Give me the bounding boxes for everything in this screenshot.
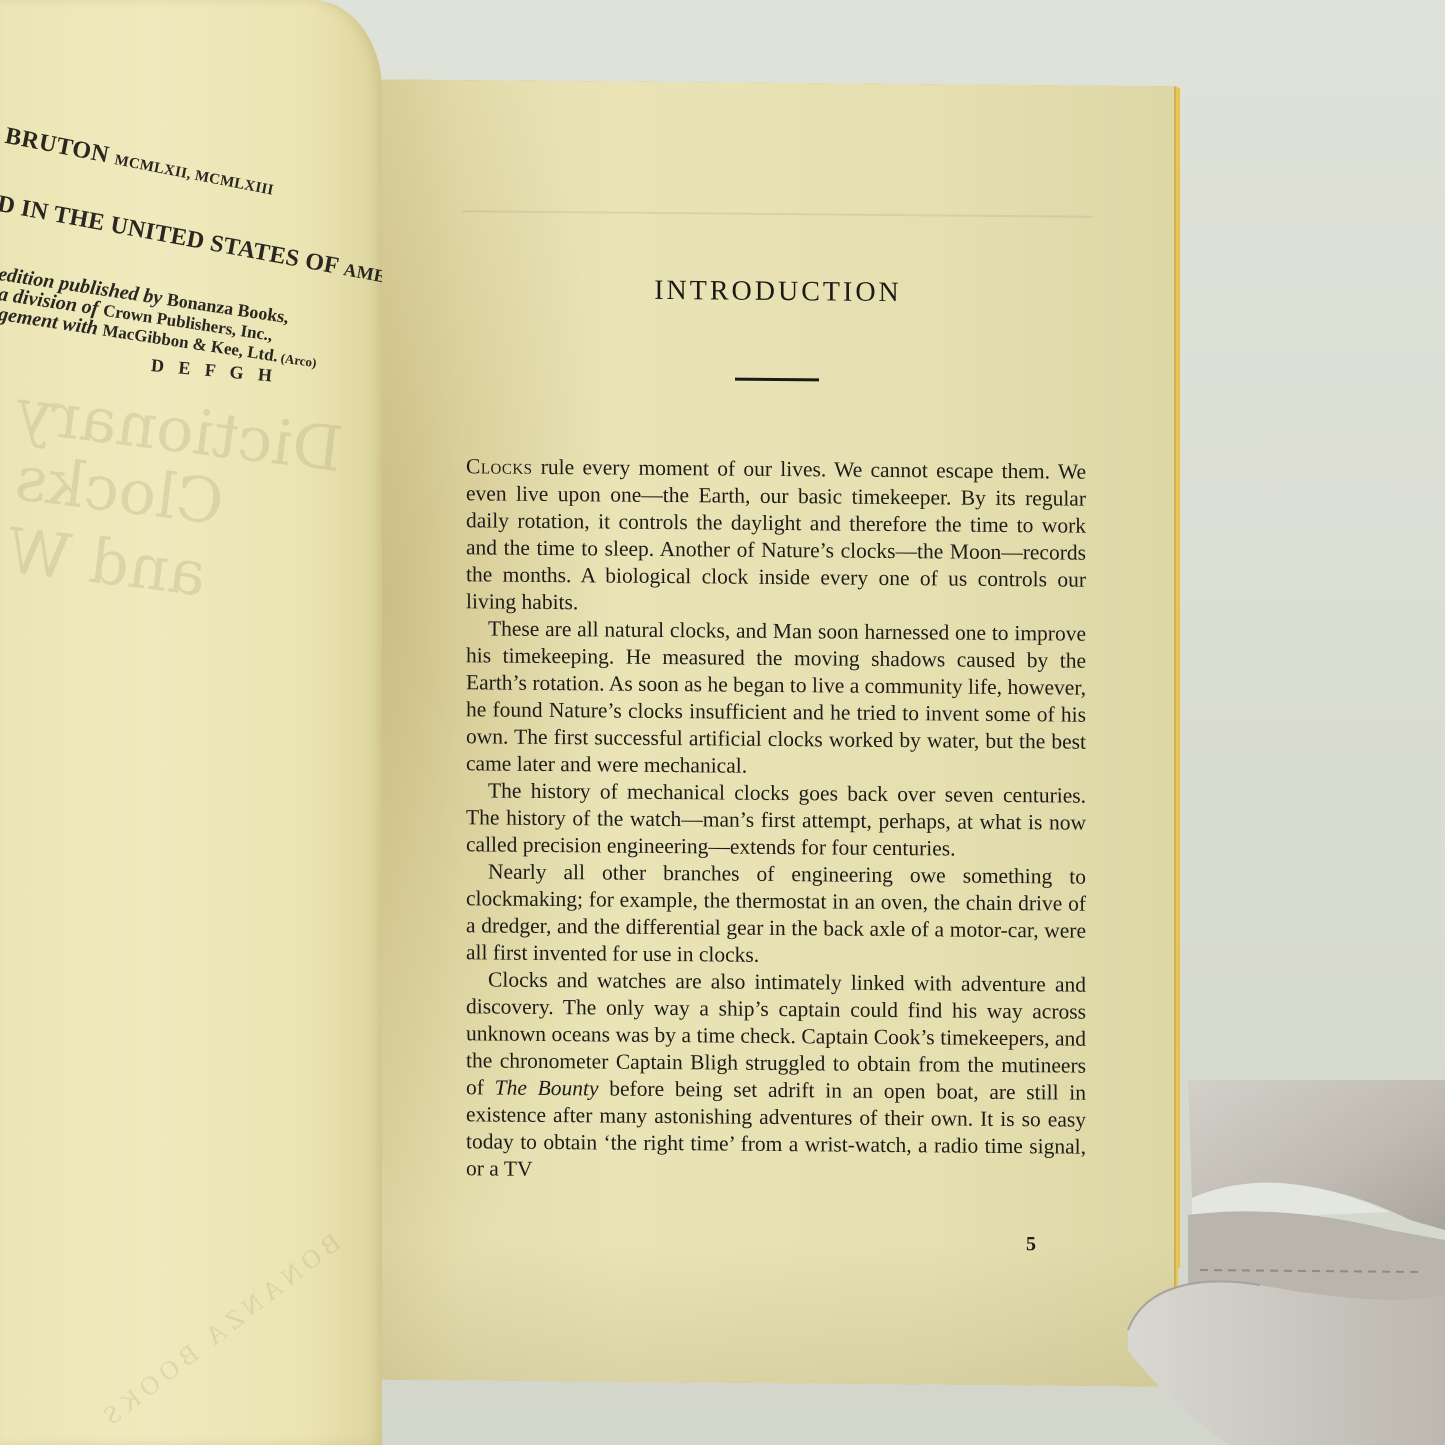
show-through-rule	[462, 210, 1092, 217]
copyright-line: BRUTON MCMLXII, MCMLXIII	[3, 123, 277, 202]
left-page-copyright: Dictionary Clocks and W BONANZA BOOKS BR…	[0, 0, 382, 1445]
paragraph-3: The history of mechanical clocks goes ba…	[466, 777, 1086, 863]
body-text: Clocks rule every moment of our lives. W…	[466, 453, 1086, 1187]
printed-in-text: D IN THE UNITED STATES OF	[0, 191, 346, 281]
show-through-title: Dictionary Clocks and W	[3, 375, 347, 625]
paragraph-1-text: rule every moment of our lives. We canno…	[466, 455, 1086, 614]
chapter-title: INTRODUCTION	[382, 273, 1174, 312]
copyright-prefix: BRUTON	[3, 123, 111, 169]
publisher-line-3-small: (Arco)	[277, 350, 318, 371]
paragraph-5: Clocks and watches are also intimately l…	[466, 966, 1086, 1187]
page-bottom-shadow	[382, 1240, 1174, 1387]
copyright-years: MCMLXII, MCMLXIII	[113, 152, 275, 199]
right-page-introduction: INTRODUCTION Clocks rule every moment of…	[382, 80, 1174, 1387]
paragraph-5-italic-title: The Bounty	[495, 1076, 599, 1101]
paragraph-1-lead: Clocks	[466, 454, 533, 479]
paragraph-2: These are all natural clocks, and Man so…	[466, 615, 1086, 782]
paragraph-4: Nearly all other branches of engineering…	[466, 858, 1086, 971]
show-through-bottom-text: BONANZA BOOKS	[93, 1228, 347, 1435]
printed-in-country: AMERICA	[342, 259, 382, 295]
title-rule-divider	[735, 378, 819, 382]
gloved-hand-icon	[1110, 1080, 1445, 1445]
paragraph-1: Clocks rule every moment of our lives. W…	[466, 453, 1086, 620]
